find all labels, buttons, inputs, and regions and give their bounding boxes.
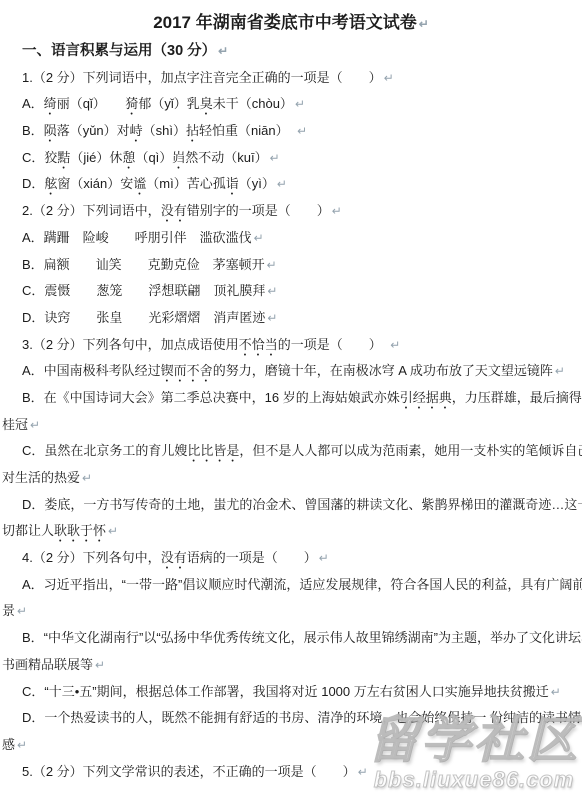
- doc-line: C．虽然在北京务工的育儿嫂比比皆是，但不是人人都可以成为范雨素，她用一支朴实的笔…: [0, 438, 582, 465]
- doc-line: 景↵: [0, 598, 582, 625]
- text-segment: B．扁额 讪笑 克勤克俭 茅塞顿开: [22, 257, 265, 272]
- text-segment: A．: [22, 96, 44, 111]
- text-segment: 感: [2, 737, 15, 752]
- doc-line: 4.（2 分）下列各句中，没有语病的一项是（ ）↵: [0, 545, 582, 572]
- text-segment: 3.（2 分）下列各句中，加点成语使用: [22, 337, 239, 352]
- text-segment: C．虽然在北京务工的育儿嫂: [22, 443, 187, 458]
- paragraph-mark-icon: ↵: [95, 658, 105, 672]
- text-segment: D．: [22, 176, 44, 191]
- emphasized-text: 黠: [57, 150, 70, 165]
- emphasized-text: 绮: [44, 96, 57, 111]
- text-segment: 2.（2 分）下列词语中，: [22, 203, 161, 218]
- paragraph-mark-icon: ↵: [297, 124, 307, 138]
- text-segment: 然不动（kuī）: [185, 150, 267, 165]
- paragraph-mark-icon: ↵: [270, 151, 280, 165]
- paragraph-mark-icon: ↵: [108, 524, 118, 538]
- text-segment: A．中国南极科考队经过: [22, 363, 161, 378]
- paragraph-mark-icon: ↵: [30, 418, 40, 432]
- text-segment: 一、语言积累与运用（30 分）: [22, 43, 216, 59]
- emphasized-text: 臭: [200, 96, 213, 111]
- doc-line: 3.（2 分）下列各句中，加点成语使用不恰当的一项是（ ） ↵: [0, 332, 582, 359]
- emphasized-text: 舷: [44, 176, 57, 191]
- paragraph-mark-icon: ↵: [390, 338, 400, 352]
- text-segment: ，但不是人人都可以成为范雨素，她用一支朴实的笔倾诉自己: [239, 443, 582, 458]
- text-segment: ，力压群雄，最后摘得: [452, 390, 582, 405]
- text-segment: C．震慑 葱笼 浮想联翩 顶礼膜拜: [22, 283, 265, 298]
- doc-line: 切都让人耿耿于怀↵: [0, 518, 582, 545]
- doc-line: C．震慑 葱笼 浮想联翩 顶礼膜拜↵: [0, 278, 582, 305]
- paragraph-mark-icon: ↵: [218, 44, 228, 58]
- doc-line: A．中国南极科考队经过锲而不舍的努力，磨镜十年，在南极冰穹 A 成功布放了天文望…: [0, 358, 582, 385]
- doc-line: 一、语言积累与运用（30 分）↵: [0, 38, 582, 65]
- emphasized-text: 谧: [133, 176, 146, 191]
- doc-line: C．狡黠（jié）休憩（qì）岿然不动（kuī）↵: [0, 145, 582, 172]
- document-body: 2017 年湖南省娄底市中考语文试卷↵一、语言积累与运用（30 分）↵1.（2 …: [0, 0, 582, 785]
- text-segment: D．一个热爱读书的人，既然不能拥有舒适的书房、清净的环境，也会始终保持一 份纯洁…: [22, 710, 581, 725]
- paragraph-mark-icon: ↵: [267, 258, 277, 272]
- text-segment: D．娄底，一方书写传奇的土地，蚩尤的冶金术、曾国藩的耕读文化、紫鹊界梯田的灌溉奇…: [22, 497, 582, 512]
- doc-line: 感↵: [0, 732, 582, 759]
- text-segment: 的努力，磨镜十年，在南极冰穹 A 成功布放了天文望远镜阵: [213, 363, 553, 378]
- exam-document-page: { "marks": { "paragraph_mark": "↵" }, "c…: [0, 0, 582, 793]
- emphasized-text: 岿: [172, 150, 185, 165]
- doc-line: D．娄底，一方书写传奇的土地，蚩尤的冶金术、曾国藩的耕读文化、紫鹊界梯田的灌溉奇…: [0, 492, 582, 519]
- text-segment: C．“十三•五”期间，根据总体工作部署，我国将对近 1000 万左右贫困人口实施…: [22, 684, 549, 699]
- doc-line: B．扁额 讪笑 克勤克俭 茅塞顿开↵: [0, 252, 582, 279]
- paragraph-mark-icon: ↵: [17, 738, 27, 752]
- text-segment: B．“中华文化湖南行”以“弘扬中华优秀传统文化，展示伟人故里锦绣湖南”为主题，举…: [22, 630, 582, 645]
- paragraph-mark-icon: ↵: [319, 551, 329, 565]
- text-segment: D．诀窍 张皇 光彩熠熠 消声匿迹: [22, 310, 265, 325]
- doc-line: A．蹒跚 险峻 呼朋引伴 滥砍滥伐↵: [0, 225, 582, 252]
- text-segment: （yì）: [239, 176, 275, 191]
- text-segment: A．习近平指出，“一带一路”倡议顺应时代潮流，适应发展规律，符合各国人民的利益，…: [22, 577, 582, 592]
- doc-line: 桂冠↵: [0, 412, 582, 439]
- text-segment: 轻怕重（niān）: [199, 123, 295, 138]
- emphasized-text: 不恰当: [239, 337, 278, 352]
- doc-line: B．在《中国诗词大会》第二季总决赛中，16 岁的上海姑娘武亦姝引经据典，力压群雄…: [0, 385, 582, 412]
- text-segment: 对生活的热爱: [2, 470, 80, 485]
- doc-line: 1.（2 分）下列词语中，加点字注音完全正确的一项是（ ）↵: [0, 65, 582, 92]
- doc-line: 2.（2 分）下列词语中，没有错别字的一项是（ ）↵: [0, 198, 582, 225]
- text-segment: C．狡: [22, 150, 57, 165]
- paragraph-mark-icon: ↵: [332, 204, 342, 218]
- text-segment: 窗（xián）安: [57, 176, 133, 191]
- text-segment: 丽（qǐ）: [57, 96, 126, 111]
- doc-line: 5.（2 分）下列文学常识的表述，不正确的一项是（ ）↵: [0, 759, 582, 786]
- emphasized-text: 比比皆是: [187, 443, 239, 458]
- emphasized-text: 憩: [122, 150, 135, 165]
- text-segment: （shì）: [143, 123, 186, 138]
- text-segment: 书画精品联展等: [2, 657, 93, 672]
- paragraph-mark-icon: ↵: [384, 71, 394, 85]
- doc-line: 对生活的热爱↵: [0, 465, 582, 492]
- text-segment: 切都让人: [2, 523, 54, 538]
- emphasized-text: 陨: [44, 123, 57, 138]
- paragraph-mark-icon: ↵: [555, 364, 565, 378]
- text-segment: （qì）: [135, 150, 172, 165]
- text-segment: 桂冠: [2, 417, 28, 432]
- paragraph-mark-icon: ↵: [267, 311, 277, 325]
- paragraph-mark-icon: ↵: [551, 685, 561, 699]
- text-segment: 未干（chòu）: [213, 96, 293, 111]
- doc-line: 书画精品联展等↵: [0, 652, 582, 679]
- emphasized-text: 没有: [161, 550, 187, 565]
- paragraph-mark-icon: ↵: [277, 177, 287, 191]
- emphasized-text: 没有: [161, 203, 187, 218]
- paragraph-mark-icon: ↵: [82, 471, 92, 485]
- text-segment: 落（yǔn）对: [57, 123, 130, 138]
- text-segment: B．: [22, 123, 44, 138]
- paragraph-mark-icon: ↵: [17, 604, 27, 618]
- emphasized-text: 峙: [130, 123, 143, 138]
- emphasized-text: 锲而不舍: [161, 363, 213, 378]
- text-segment: 景: [2, 603, 15, 618]
- text-segment: （mì）苦心孤: [146, 176, 225, 191]
- paragraph-mark-icon: ↵: [254, 231, 264, 245]
- doc-line: 2017 年湖南省娄底市中考语文试卷↵: [0, 8, 582, 38]
- doc-line: D．舷窗（xián）安谧（mì）苦心孤诣（yì）↵: [0, 171, 582, 198]
- doc-line: D．诀窍 张皇 光彩熠熠 消声匿迹↵: [0, 305, 582, 332]
- text-segment: B．在《中国诗词大会》第二季总决赛中，16 岁的上海姑娘武亦姝: [22, 390, 400, 405]
- emphasized-text: 诣: [226, 176, 239, 191]
- emphasized-text: 猗: [125, 96, 138, 111]
- text-segment: 1.（2 分）下列词语中，加点字注音完全正确的一项是（ ）: [22, 70, 382, 85]
- text-segment: 的一项是（ ）: [278, 337, 389, 352]
- paragraph-mark-icon: ↵: [295, 97, 305, 111]
- emphasized-text: 引经据典: [400, 390, 452, 405]
- text-segment: 5.（2 分）下列文学常识的表述，不正确的一项是（ ）: [22, 764, 356, 779]
- text-segment: A．蹒跚 险峻 呼朋引伴 滥砍滥伐: [22, 230, 252, 245]
- text-segment: 4.（2 分）下列各句中，: [22, 550, 161, 565]
- doc-line: B．“中华文化湖南行”以“弘扬中华优秀传统文化，展示伟人故里锦绣湖南”为主题，举…: [0, 625, 582, 652]
- emphasized-text: 耿耿于怀: [54, 523, 106, 538]
- text-segment: 语病的一项是（ ）: [187, 550, 317, 565]
- doc-line: C．“十三•五”期间，根据总体工作部署，我国将对近 1000 万左右贫困人口实施…: [0, 679, 582, 706]
- text-segment: 2017 年湖南省娄底市中考语文试卷: [153, 13, 417, 32]
- text-segment: 郁（yǐ）乳: [138, 96, 199, 111]
- doc-line: D．一个热爱读书的人，既然不能拥有舒适的书房、清净的环境，也会始终保持一 份纯洁…: [0, 705, 582, 732]
- doc-line: A．绮丽（qǐ） 猗郁（yǐ）乳臭未干（chòu）↵: [0, 91, 582, 118]
- paragraph-mark-icon: ↵: [267, 284, 277, 298]
- emphasized-text: 拈: [186, 123, 199, 138]
- text-segment: （jié）休: [70, 150, 122, 165]
- doc-line: A．习近平指出，“一带一路”倡议顺应时代潮流，适应发展规律，符合各国人民的利益，…: [0, 572, 582, 599]
- paragraph-mark-icon: ↵: [358, 765, 368, 779]
- paragraph-mark-icon: ↵: [419, 17, 429, 31]
- text-segment: 错别字的一项是（ ）: [187, 203, 330, 218]
- doc-line: B．陨落（yǔn）对峙（shì）拈轻怕重（niān） ↵: [0, 118, 582, 145]
